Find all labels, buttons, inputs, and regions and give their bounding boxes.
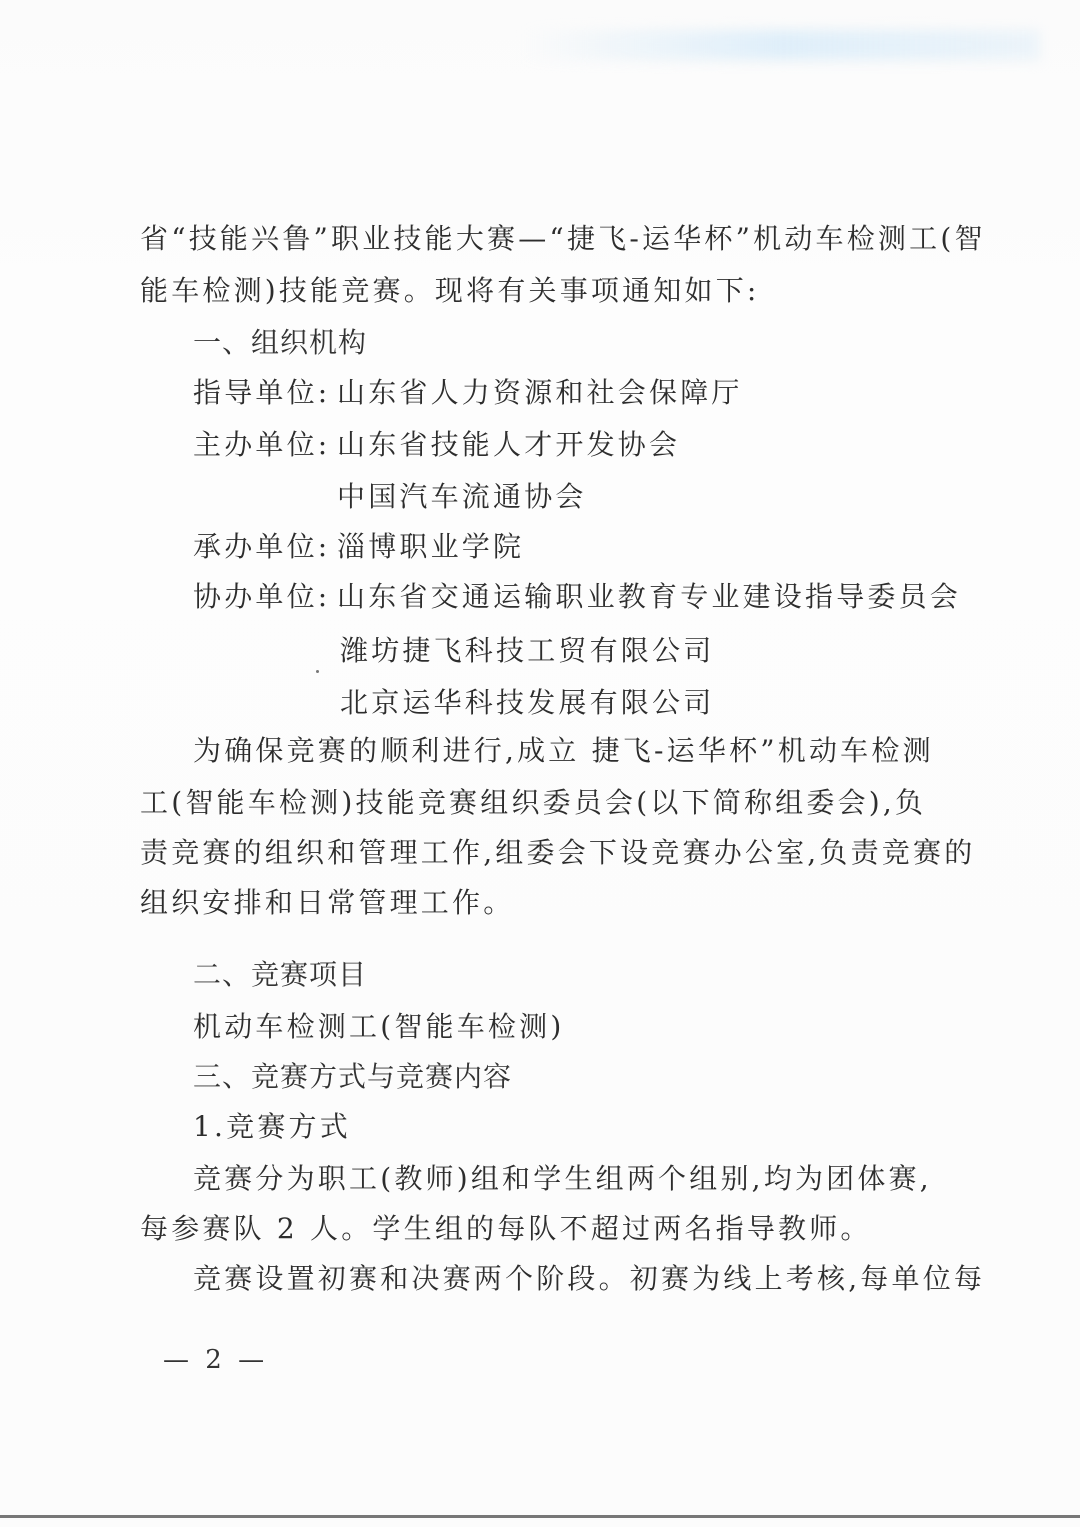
- document-page: 省“技能兴鲁”职业技能大赛—“捷飞-运华杯”机动车检测工(智 能车检测)技能竞赛…: [0, 0, 1080, 1527]
- scan-speck: [316, 670, 319, 673]
- committee-paragraph-line-3: 责竞赛的组织和管理工作,组委会下设竞赛办公室,负责竞赛的: [140, 836, 975, 870]
- committee-paragraph-line-4: 组织安排和日常管理工作。: [140, 886, 514, 920]
- co-organizer-unit-value-2: 潍坊捷飞科技工贸有限公司: [340, 634, 714, 668]
- competition-item: 机动车检测工(智能车检测): [193, 1010, 564, 1044]
- host-unit-value-2: 中国汽车流通协会: [337, 480, 587, 514]
- format-paragraph-line-1: 竞赛分为职工(教师)组和学生组两个组别,均为团体赛,: [193, 1162, 932, 1196]
- section-heading-organization: 一、组织机构: [193, 326, 367, 360]
- organizer-unit-value: 淄博职业学院: [337, 530, 524, 564]
- section-heading-competition-item: 二、竞赛项目: [193, 958, 367, 992]
- page-number: — 2 —: [163, 1345, 268, 1375]
- committee-paragraph-line-1: 为确保竞赛的顺利进行,成立 捷飞-运华杯”机动车检测: [193, 734, 934, 768]
- section-heading-competition-method: 三、竞赛方式与竞赛内容: [193, 1060, 512, 1094]
- intro-line-2: 能车检测)技能竞赛。现将有关事项通知如下:: [140, 274, 760, 308]
- page-bottom-edge: [0, 1515, 1080, 1518]
- format-paragraph-line-2: 每参赛队 2 人。学生组的每队不超过两名指导教师。: [140, 1212, 872, 1246]
- host-unit-label: 主办单位:: [193, 428, 330, 462]
- co-organizer-unit-value-3: 北京运华科技发展有限公司: [340, 686, 714, 720]
- host-unit-value-1: 山东省技能人才开发协会: [337, 428, 680, 462]
- stages-paragraph-line-1: 竞赛设置初赛和决赛两个阶段。初赛为线上考核,每单位每: [193, 1262, 985, 1296]
- co-organizer-unit-label: 协办单位:: [193, 580, 330, 614]
- organizer-unit-label: 承办单位:: [193, 530, 330, 564]
- scan-artifact: [520, 30, 1040, 60]
- co-organizer-unit-value-1: 山东省交通运输职业教育专业建设指导委员会: [337, 580, 961, 614]
- committee-paragraph-line-2: 工(智能车检测)技能竞赛组织委员会(以下简称组委会),负: [140, 786, 926, 820]
- guide-unit-value: 山东省人力资源和社会保障厅: [337, 376, 743, 410]
- subheading-competition-format: 1.竞赛方式: [193, 1110, 351, 1144]
- guide-unit-label: 指导单位:: [193, 376, 330, 410]
- intro-line-1: 省“技能兴鲁”职业技能大赛—“捷飞-运华杯”机动车检测工(智: [140, 222, 986, 256]
